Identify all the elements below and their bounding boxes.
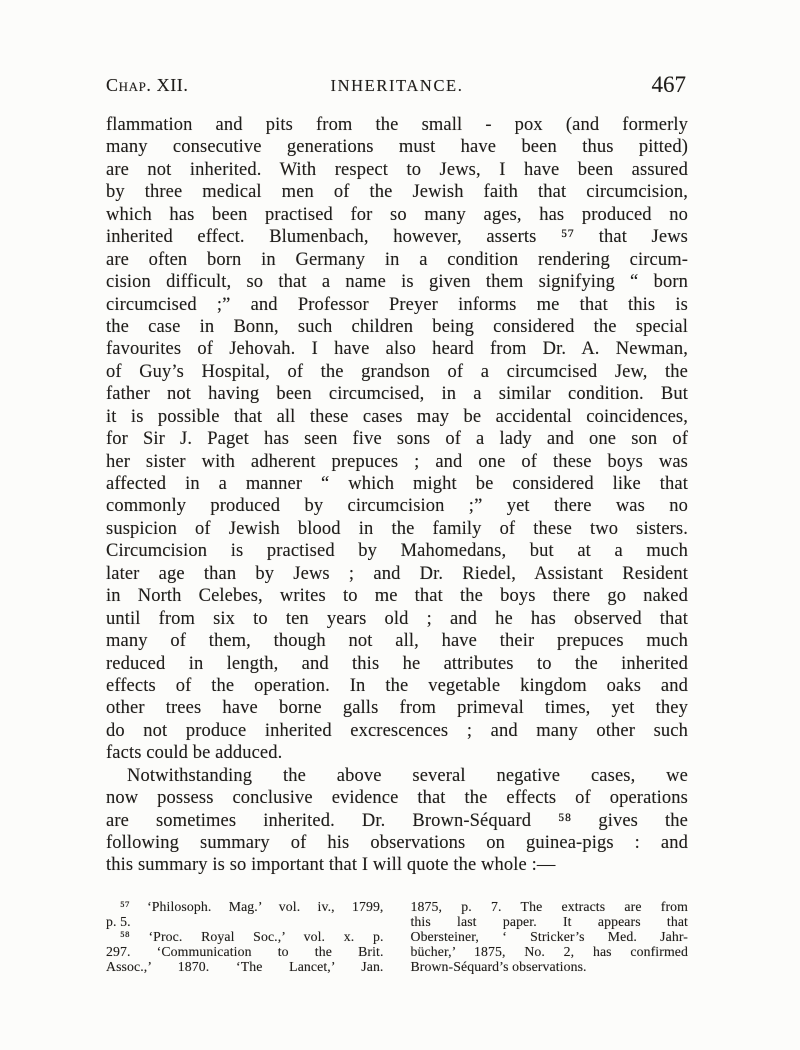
body-text-line: by three medical men of the Jewish faith… [106,181,688,203]
body-text-line: other trees have borne galls from primev… [106,697,688,719]
footnote-line: Assoc.,’ 1870. ‘The Lancet,’ Jan. [106,959,384,974]
footnotes: ⁵⁷ ‘Philosoph. Mag.’ vol. iv., 1799,p. 5… [106,899,688,974]
body-text-line: inherited effect. Blumenbach, however, a… [106,226,688,248]
body-text-line: which has been practised for so many age… [106,204,688,226]
footnote-line: 1875, p. 7. The extracts are from [411,899,689,914]
body-text-line: circumcised ;” and Professor Preyer info… [106,294,688,316]
body-text-line: are sometimes inherited. Dr. Brown-Séqua… [106,810,688,832]
body-text-line: suspicion of Jewish blood in the family … [106,518,688,540]
footnote-line: bücher,’ 1875, No. 2, has confirmed [411,944,689,959]
body-text-line: father not having been circumcised, in a… [106,383,688,405]
body-text-line: many of them, though not all, have their… [106,630,688,652]
body-text-line: later age than by Jews ; and Dr. Riedel,… [106,563,688,585]
footnote-line: this last paper. It appears that [411,914,689,929]
footnote-line: Brown-Séquard’s observations. [411,959,689,974]
footnote-line: Obersteiner, ‘ Stricker’s Med. Jahr- [411,929,689,944]
body-text-line: facts could be adduced. [106,742,688,764]
body-text-line: of Guy’s Hospital, of the grandson of a … [106,361,688,383]
footnote-line: p. 5. [106,914,384,929]
footnote-line: ⁵⁸ ‘Proc. Royal Soc.,’ vol. x. p. [106,929,384,944]
book-page-scan: Chap. XII. INHERITANCE. 467 flammation a… [0,0,800,1050]
footnote-line: ⁵⁷ ‘Philosoph. Mag.’ vol. iv., 1799, [106,899,384,914]
body-text-line: effects of the operation. In the vegetab… [106,675,688,697]
body-text-line: are often born in Germany in a condition… [106,249,688,271]
body-text-line: Circumcision is practised by Mahomedans,… [106,540,688,562]
body-text-line: favourites of Jehovah. I have also heard… [106,338,688,360]
footnote-column-right: 1875, p. 7. The extracts are fromthis la… [411,899,689,974]
page-header: Chap. XII. INHERITANCE. 467 [106,68,688,98]
body-text-line: Notwithstanding the above several negati… [106,765,688,787]
body-text-line: in North Celebes, writes to me that the … [106,585,688,607]
body-text-line: this summary is so important that I will… [106,854,688,876]
footnote-column-left: ⁵⁷ ‘Philosoph. Mag.’ vol. iv., 1799,p. 5… [106,899,384,974]
footnote-line: 297. ‘Communication to the Brit. [106,944,384,959]
body-text: flammation and pits from the small - pox… [106,114,688,877]
body-text-line: until from six to ten years old ; and he… [106,608,688,630]
body-text-line: reduced in length, and this he attribute… [106,653,688,675]
body-text-line: affected in a manner “ which might be co… [106,473,688,495]
body-text-line: are not inherited. With respect to Jews,… [106,159,688,181]
body-text-line: cision difficult, so that a name is give… [106,271,688,293]
page-number: 467 [652,72,687,98]
body-text-line: her sister with adherent prepuces ; and … [106,451,688,473]
body-text-line: commonly produced by circumcision ;” yet… [106,495,688,517]
running-title: INHERITANCE. [106,76,688,96]
body-text-line: it is possible that all these cases may … [106,406,688,428]
body-text-line: the case in Bonn, such children being co… [106,316,688,338]
body-text-line: many consecutive generations must have b… [106,136,688,158]
body-text-line: do not produce inherited excrescences ; … [106,720,688,742]
body-text-line: for Sir J. Paget has seen five sons of a… [106,428,688,450]
body-text-line: flammation and pits from the small - pox… [106,114,688,136]
body-text-line: now possess conclusive evidence that the… [106,787,688,809]
body-text-line: following summary of his observations on… [106,832,688,854]
